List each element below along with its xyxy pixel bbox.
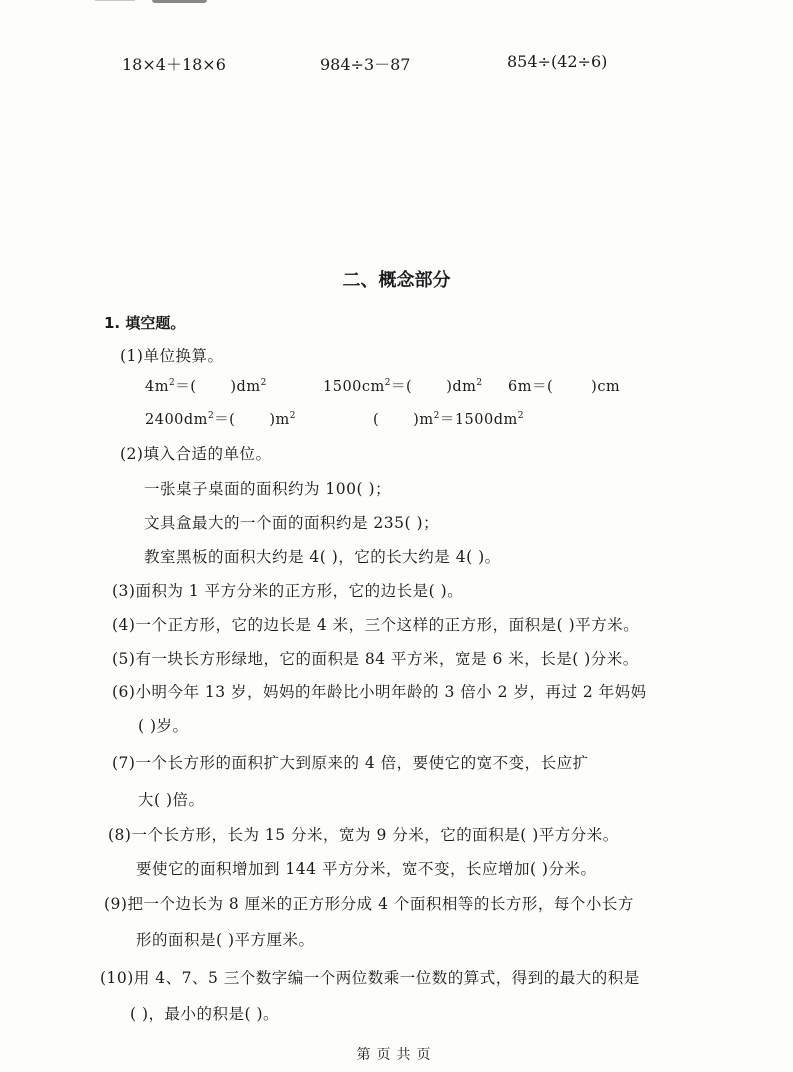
- conversion-item: 4m2＝()dm2: [145, 375, 267, 396]
- question-10: (10)用 4、7、5 三个数字编一个两位数乘一位数的算式，得到的最大的积是: [100, 966, 640, 988]
- question-8: (8)一个长方形，长为 15 分米，宽为 9 分米，它的面积是( )平方分米。: [108, 823, 619, 845]
- section-title: 二、概念部分: [0, 266, 793, 292]
- question-9: (9)把一个边长为 8 厘米的正方形分成 4 个面积相等的长方形，每个小长方: [104, 892, 634, 914]
- worksheet-page: 18×4＋18×6 984÷3－87 854÷(42÷6) 二、概念部分 1. …: [0, 0, 793, 1072]
- question-4: (4)一个正方形，它的边长是 4 米，三个这样的正方形，面积是( )平方米。: [112, 613, 639, 635]
- subquestion-label: (1)单位换算。: [120, 344, 223, 366]
- calculation-3: 854÷(42÷6): [507, 52, 607, 71]
- fill-unit-line: 教室黑板的面积大约是 4( )，它的长大约是 4( )。: [144, 545, 501, 567]
- conversion-item: 1500cm2＝()dm2: [323, 375, 483, 396]
- question-7: (7)一个长方形的面积扩大到原来的 4 倍，要使它的宽不变，长应扩: [112, 751, 589, 773]
- scan-artifact: [152, 0, 207, 3]
- question-10-continued: ( )，最小的积是( )。: [130, 1002, 279, 1024]
- question-5: (5)有一块长方形绿地，它的面积是 84 平方米，宽是 6 米，长是( )分米。: [112, 647, 639, 669]
- page-footer: 第页共页: [0, 1044, 793, 1064]
- calculation-1: 18×4＋18×6: [122, 52, 226, 75]
- question-7-continued: 大( )倍。: [138, 788, 205, 810]
- question-heading: 1. 填空题。: [104, 312, 185, 333]
- conversion-item: ()m2＝1500dm2: [373, 408, 524, 429]
- fill-unit-line: 一张桌子桌面的面积约为 100( )；: [144, 477, 391, 499]
- conversion-item: 6m＝()cm: [508, 375, 620, 396]
- conversion-item: 2400dm2＝()m2: [145, 408, 296, 429]
- question-6-continued: ( )岁。: [138, 714, 189, 736]
- question-9-continued: 形的面积是( )平方厘米。: [136, 928, 315, 950]
- scan-artifact: [95, 0, 135, 1]
- fill-unit-line: 文具盒最大的一个面的面积约是 235( )；: [144, 511, 439, 533]
- question-3: (3)面积为 1 平方分米的正方形，它的边长是( )。: [112, 579, 463, 601]
- subquestion-label: (2)填入合适的单位。: [120, 442, 271, 464]
- question-8-continued: 要使它的面积增加到 144 平方分米，宽不变，长应增加( )分米。: [136, 857, 596, 879]
- calculation-2: 984÷3－87: [320, 52, 411, 75]
- question-6: (6)小明今年 13 岁，妈妈的年龄比小明年龄的 3 倍小 2 岁，再过 2 年…: [112, 680, 647, 702]
